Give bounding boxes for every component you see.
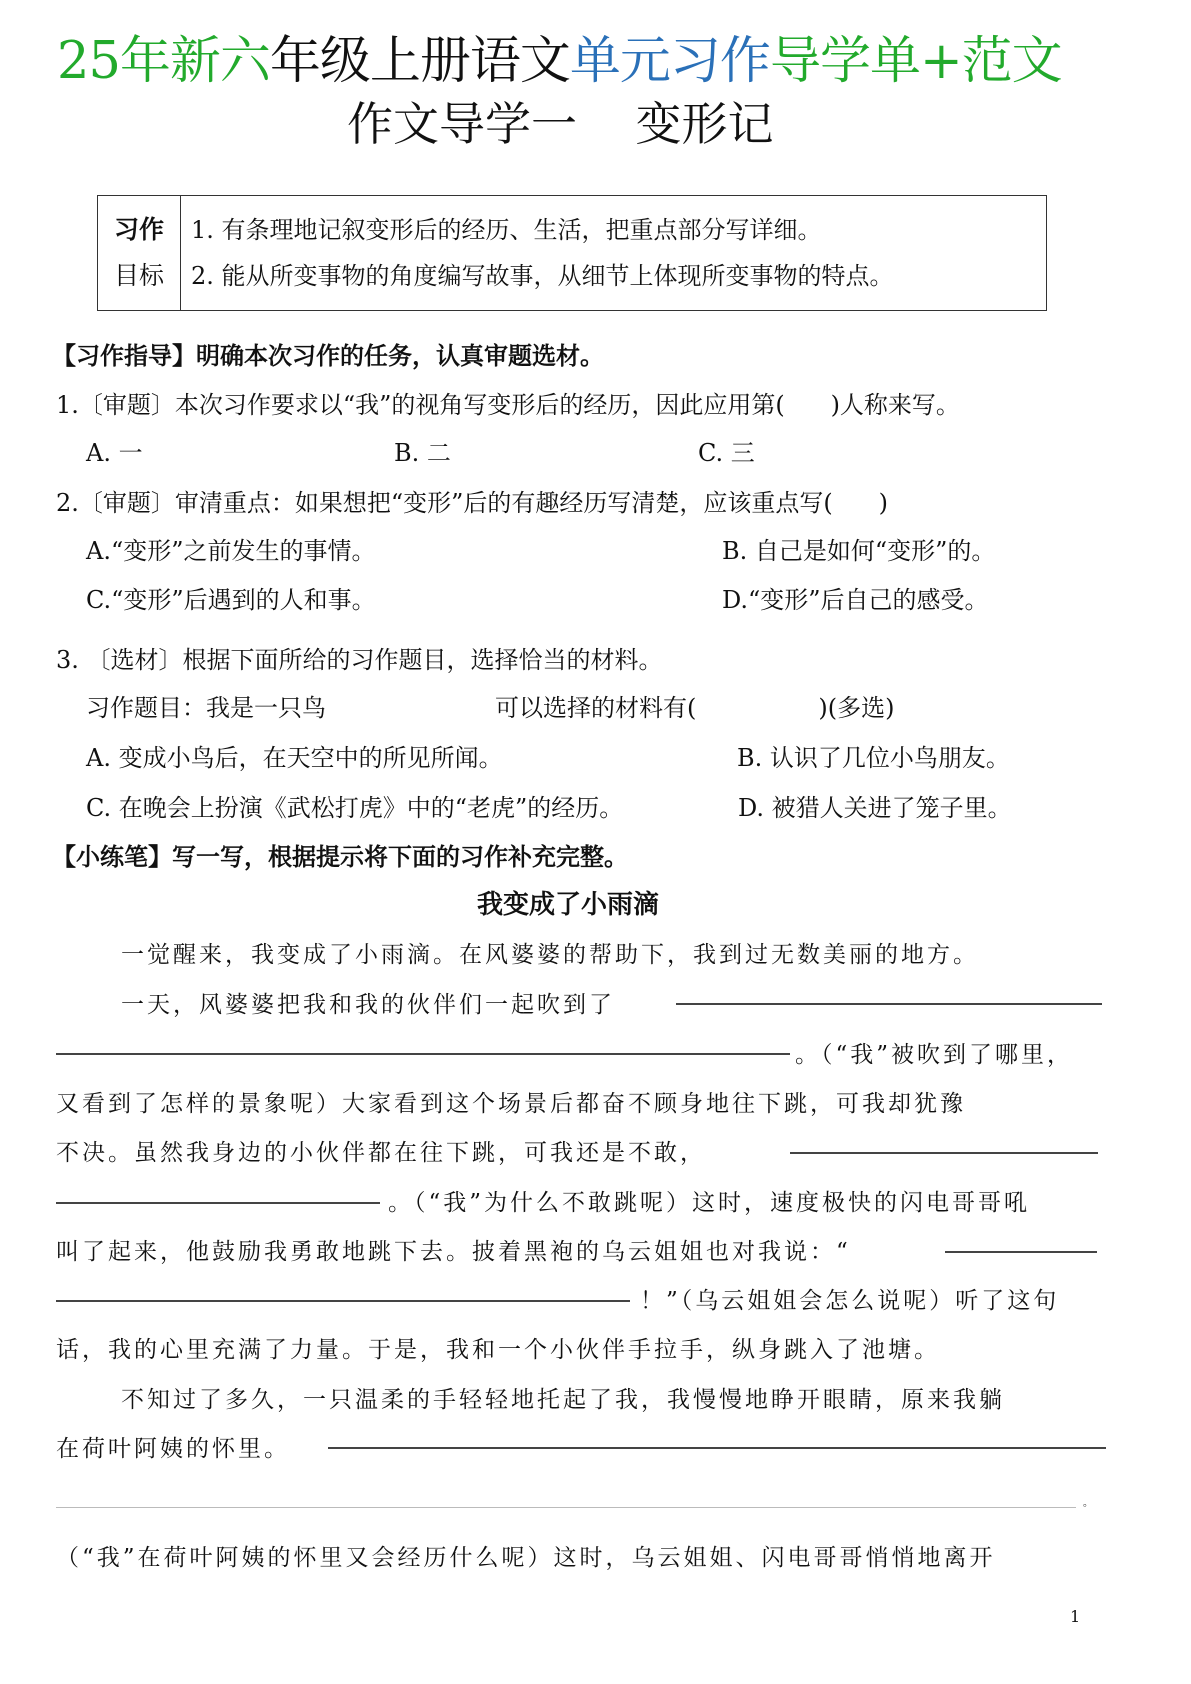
q3-topic: 习作题目：我是一只鸟 [86,688,326,723]
q3-option-c: C. 在晚会上扮演《武松打虎》中的“老虎”的经历。 [86,788,623,823]
guidance-heading: 【习作指导】明确本次习作的任务，认真审题选材。 [52,336,604,371]
essay-line: 在荷叶阿姨的怀里。 [56,1430,290,1463]
answer-blank-2b[interactable] [56,1202,380,1204]
essay-line: 。（“我”为什么不敢跳呢）这时，速度极快的闪电哥哥吼 [388,1184,1030,1217]
essay-line: 一天，风婆婆把我和我的伙伴们一起吹到了 [121,986,615,1019]
blank-end-mark: 。 [1083,1494,1093,1509]
q1-option-a: A. 一 [86,433,143,468]
essay-line: 一觉醒来，我变成了小雨滴。在风婆婆的帮助下，我到过无数美丽的地方。 [121,936,979,969]
question-2: 2.〔审题〕审清重点：如果想把“变形”后的有趣经历写清楚，应该重点写( ) [56,483,888,518]
answer-blank-1b[interactable] [56,1053,790,1055]
title-part-green: 25年新六 [57,32,270,91]
answer-blank-2a[interactable] [790,1152,1098,1154]
title-part-green-2: 导学单+范文 [770,32,1062,91]
question-3: 3. 〔选材〕根据下面所给的习作题目，选择恰当的材料。 [56,640,663,675]
q3-option-d: D. 被猎人关进了笼子里。 [738,788,1012,823]
essay-line: 不决。虽然我身边的小伙伴都在往下跳，可我还是不敢， [56,1134,706,1167]
q2-option-a: A.“变形”之前发生的事情。 [86,531,376,566]
answer-blank-3b[interactable] [56,1300,630,1302]
q2-option-d: D.“变形”后自己的感受。 [722,580,989,615]
q2-option-c: C.“变形”后遇到的人和事。 [86,580,376,615]
question-1: 1.〔审题〕本次习作要求以“我”的视角写变形后的经历，因此应用第( )人称来写。 [56,385,960,420]
page-number: 1 [1070,1607,1080,1626]
essay-line: 叫了起来，他鼓励我勇敢地跳下去。披着黑袍的乌云姐姐也对我说：“ [56,1233,851,1266]
q1-option-b: B. 二 [394,433,451,468]
answer-blank-4a[interactable] [328,1447,1106,1449]
page-subtitle: 作文导学一 变形记 [347,96,774,152]
essay-line: ！”（乌云姐姐会怎么说呢）听了这句 [640,1282,1059,1315]
essay-line: 。（“我”被吹到了哪里， [795,1036,1073,1069]
q1-option-c: C. 三 [698,433,755,468]
goals-table: 习作 目标 1. 有条理地记叙变形后的经历、生活，把重点部分写详细。 2. 能从… [97,195,1047,311]
goals-items-cell: 1. 有条理地记叙变形后的经历、生活，把重点部分写详细。 2. 能从所变事物的角… [181,196,1046,310]
goals-label-cell: 习作 目标 [98,196,181,310]
q3-option-b: B. 认识了几位小鸟朋友。 [737,738,1010,773]
essay-line: 又看到了怎样的景象呢）大家看到这个场景后都奋不顾身地往下跳，可我却犹豫 [56,1085,966,1118]
goal-item: 1. 有条理地记叙变形后的经历、生活，把重点部分写详细。 [191,207,1046,253]
q3-prompt: 可以选择的材料有( )(多选) [495,688,895,723]
answer-blank-1a[interactable] [676,1003,1102,1005]
answer-blank-3a[interactable] [945,1251,1097,1253]
q3-option-a: A. 变成小鸟后，在天空中的所见所闻。 [86,738,503,773]
q2-option-b: B. 自己是如何“变形”的。 [722,531,995,566]
goal-item: 2. 能从所变事物的角度编写故事，从细节上体现所变事物的特点。 [191,253,1046,299]
goals-label-line1: 习作 [114,207,164,253]
essay-line: 话，我的心里充满了力量。于是，我和一个小伙伴手拉手，纵身跳入了池塘。 [56,1331,940,1364]
essay-line: 不知过了多久，一只温柔的手轻轻地托起了我，我慢慢地睁开眼睛，原来我躺 [121,1381,1005,1414]
title-part-black: 年级上册语文 [270,32,570,91]
answer-blank-4b[interactable] [56,1507,1076,1508]
page-title: 25年新六年级上册语文单元习作导学单+范文 [57,30,1062,94]
essay-line: （“我”在荷叶阿姨的怀里又会经历什么呢）这时，乌云姐姐、闪电哥哥悄悄地离开 [56,1539,996,1572]
essay-title: 我变成了小雨滴 [477,884,659,921]
goals-label-line2: 目标 [114,253,164,299]
practice-heading: 【小练笔】写一写，根据提示将下面的习作补充完整。 [52,837,628,872]
title-part-blue: 单元习作 [570,32,770,91]
